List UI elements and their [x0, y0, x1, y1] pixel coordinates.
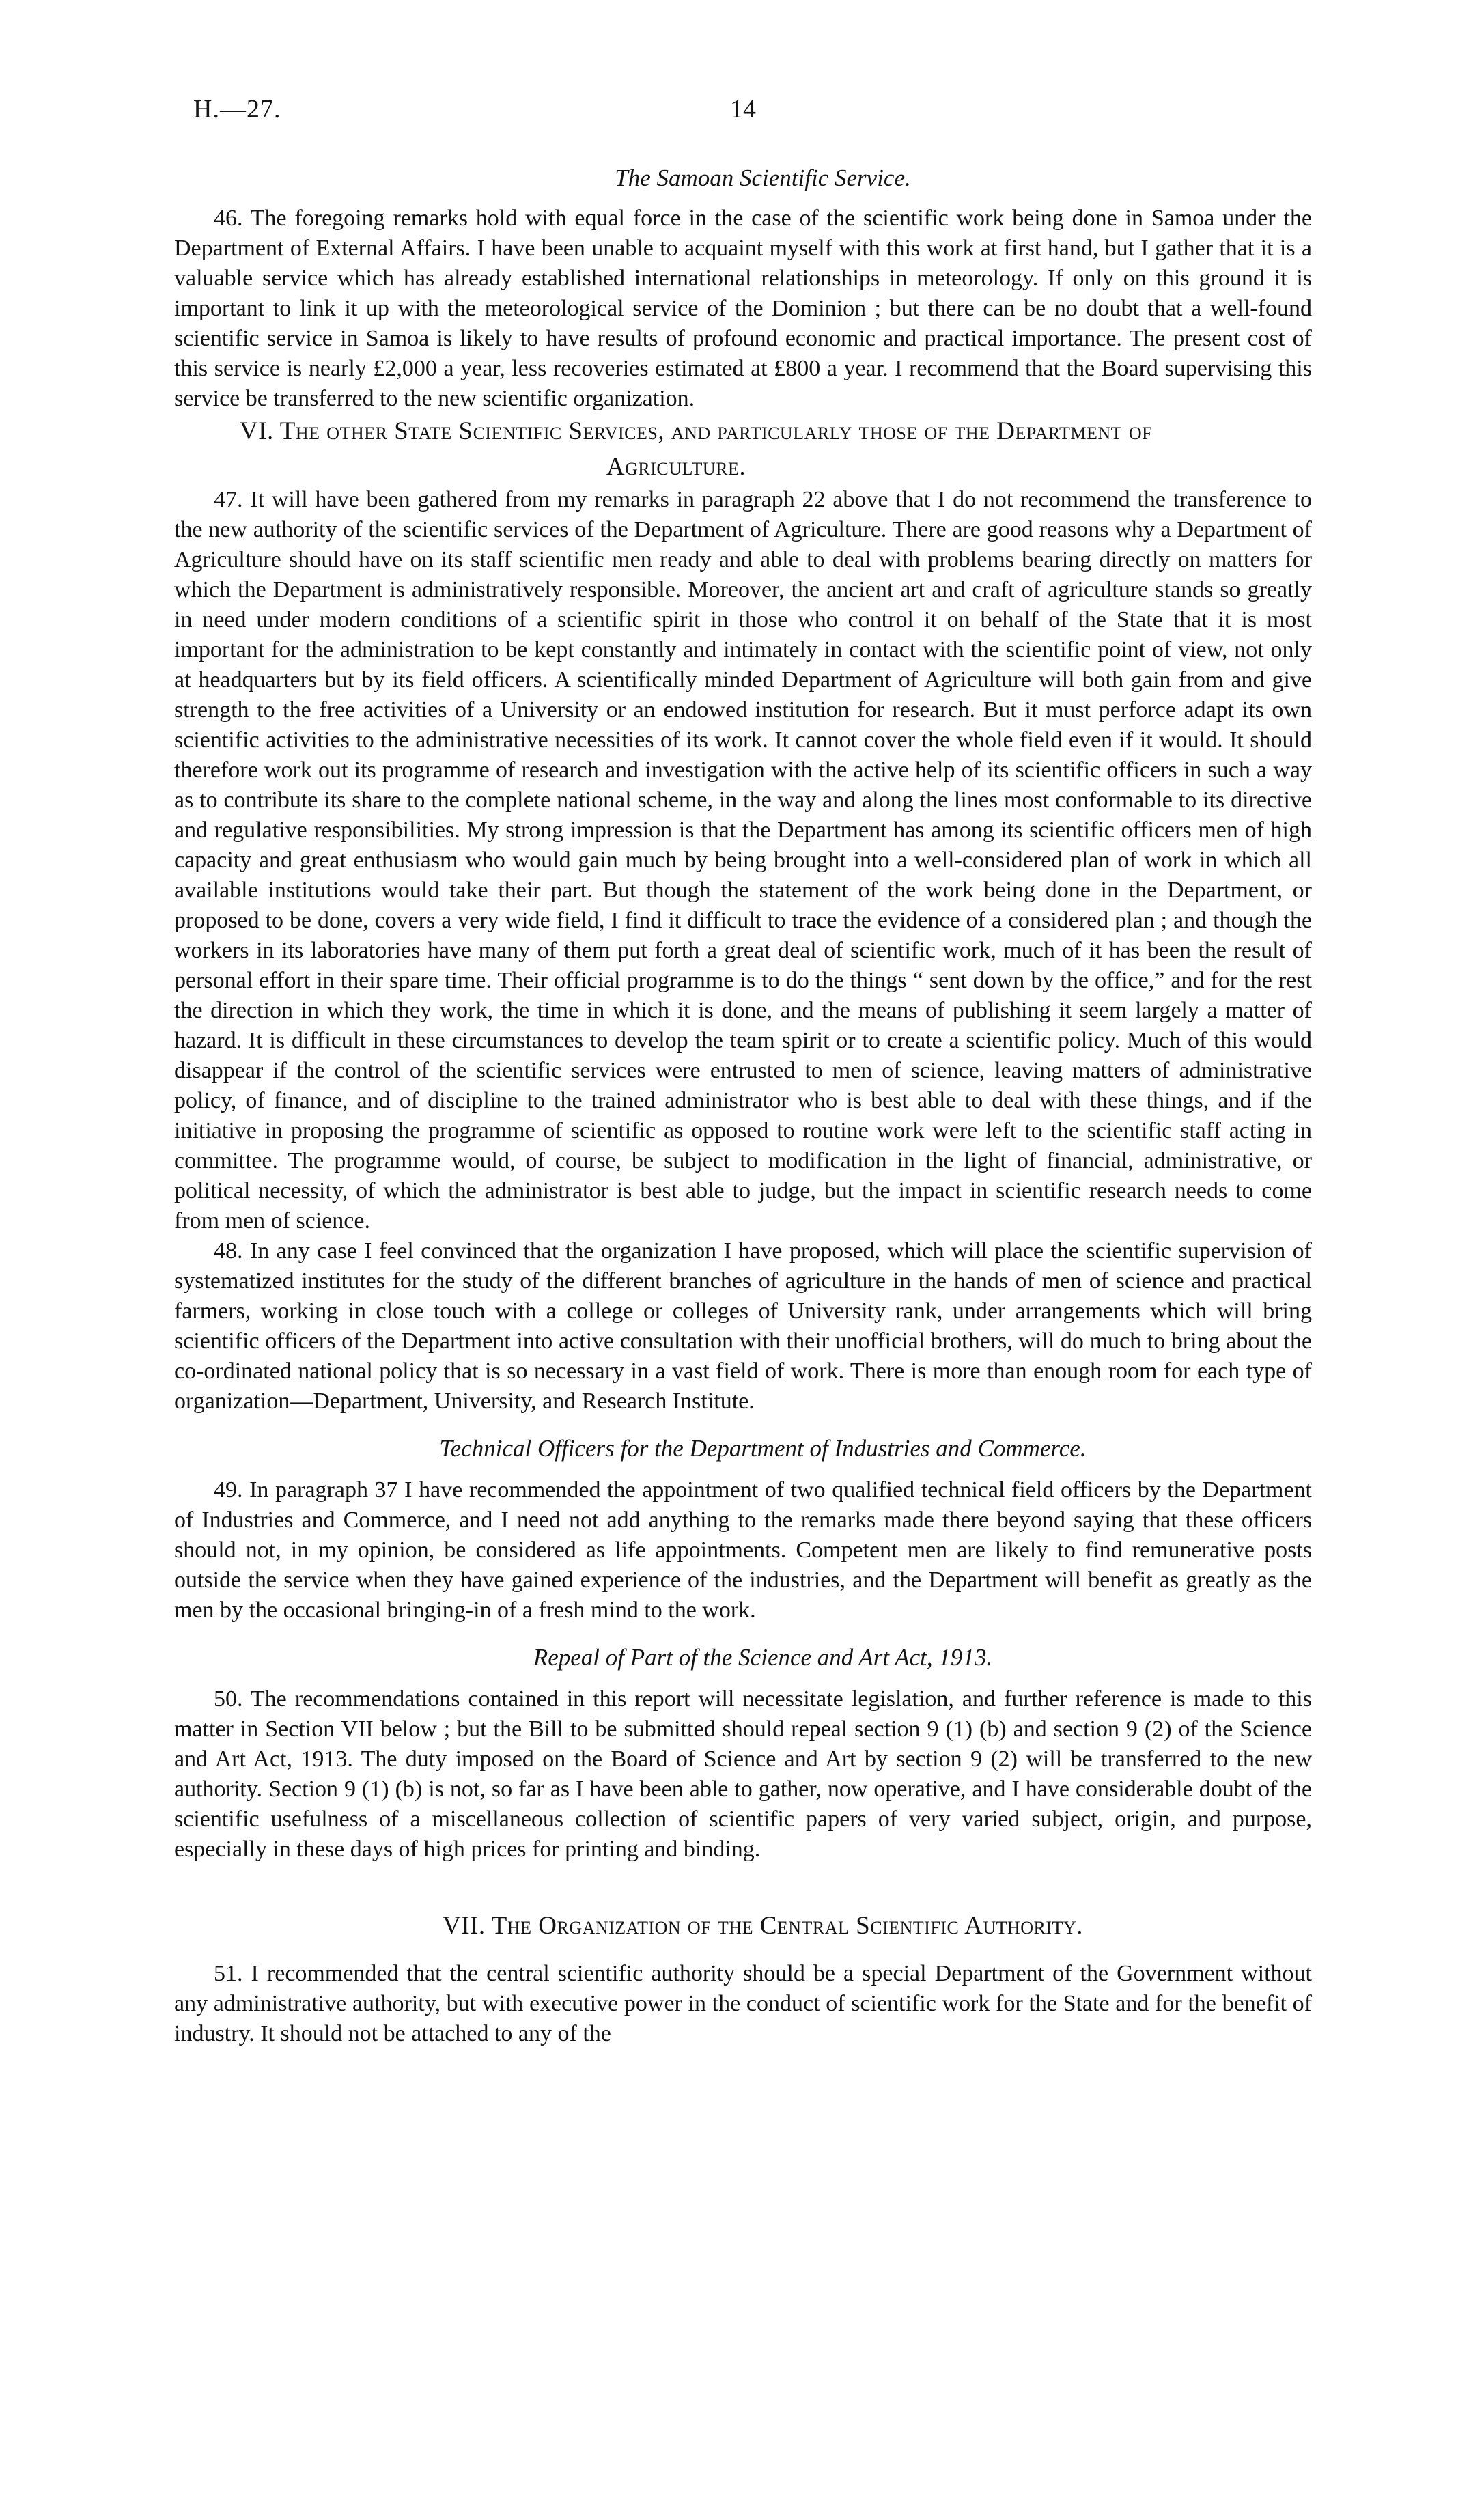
document-page: H.—27. 14 The Samoan Scientific Service.…	[0, 0, 1484, 2493]
section-heading-vii: VII. The Organization of the Central Sci…	[174, 1908, 1312, 1944]
paragraph-50: 50. The recommendations contained in thi…	[174, 1684, 1312, 1865]
heading-repeal-science-art-act: Repeal of Part of the Science and Art Ac…	[174, 1642, 1312, 1673]
paragraph-49: 49. In paragraph 37 I have recommended t…	[174, 1475, 1312, 1626]
heading-technical-officers: Technical Officers for the Department of…	[174, 1433, 1312, 1464]
section-heading-vi: VI. The other State Scientific Services,…	[174, 414, 1178, 485]
title-samoan-scientific-service: The Samoan Scientific Service.	[174, 163, 1312, 194]
paragraph-48: 48. In any case I feel convinced that th…	[174, 1236, 1312, 1417]
doc-ref: H.—27.	[193, 94, 281, 124]
document-body: The Samoan Scientific Service. 46. The f…	[174, 156, 1312, 2049]
paragraph-47: 47. It will have been gathered from my r…	[174, 485, 1312, 1236]
paragraph-51: 51. I recommended that the central scien…	[174, 1959, 1312, 2049]
page-header: H.—27. 14	[174, 94, 1312, 128]
paragraph-46: 46. The foregoing remarks hold with equa…	[174, 204, 1312, 414]
page-number: 14	[174, 94, 1312, 124]
